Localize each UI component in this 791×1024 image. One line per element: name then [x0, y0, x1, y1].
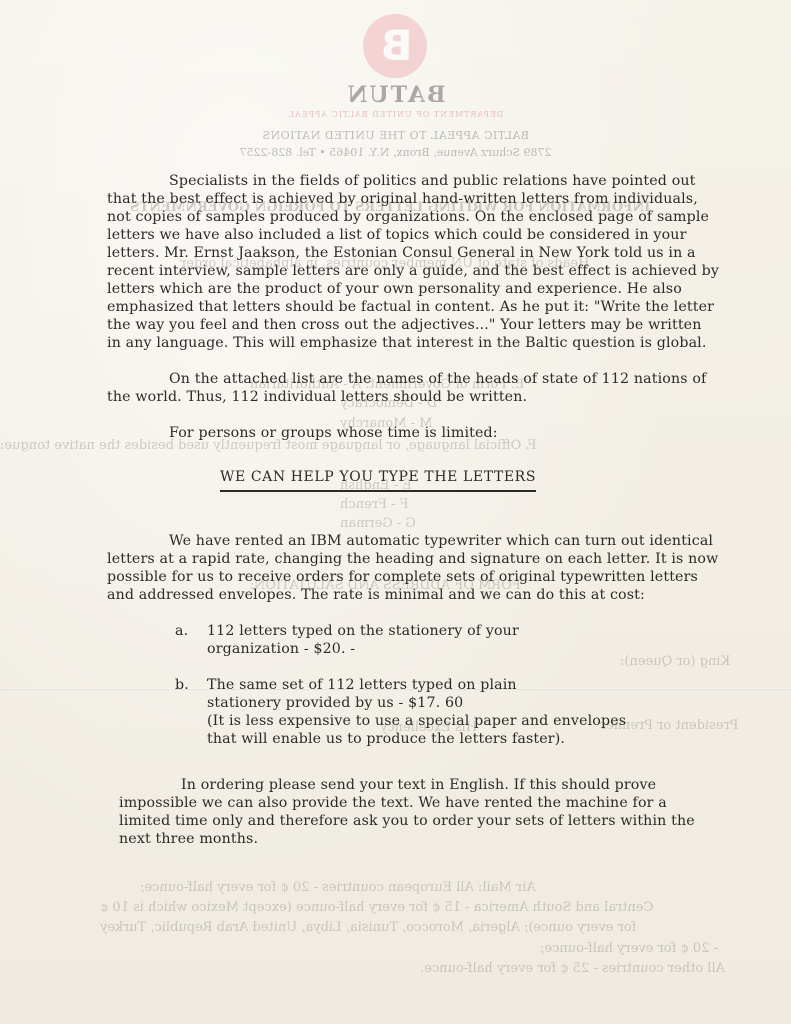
- option-line: that will enable us to produce the lette…: [207, 730, 719, 748]
- option-line: (It is less expensive to use a special p…: [207, 712, 719, 730]
- pricing-option-a: a. 112 letters typed on the stationery o…: [107, 622, 719, 658]
- show-through-all-other: All other countries - 25 ¢ for every hal…: [420, 961, 725, 976]
- show-through-twenty-cents: - 20 ¢ for every half-ounce;: [540, 941, 718, 956]
- show-through-central-america: Central and South America - 15 ¢ for eve…: [100, 900, 653, 915]
- letterhead: B BATUN DEPARTMENT OF UNITED BALTIC APPE…: [0, 14, 791, 159]
- show-through-every-ounce: for every ounce); Algeria, Morocco, Tuni…: [100, 920, 636, 935]
- option-marker: a.: [175, 622, 207, 658]
- section-heading: WE CAN HELP YOU TYPE THE LETTERS: [220, 468, 536, 492]
- letter-body: Specialists in the fields of politics an…: [107, 172, 719, 848]
- batun-logo-icon: B: [364, 14, 428, 78]
- letterhead-address: 2789 Schurz Avenue, Bronx, N.Y. 10465 • …: [0, 146, 791, 159]
- pricing-option-b: b. The same set of 112 letters typed on …: [107, 676, 719, 748]
- paragraph-ibm-typewriter: We have rented an IBM automatic typewrit…: [107, 532, 719, 604]
- letterhead-brand: BATUN: [0, 82, 791, 108]
- option-line: The same set of 112 letters typed on pla…: [207, 676, 719, 694]
- show-through-air-mail: Air Mail: All European countries - 20 ¢ …: [140, 880, 536, 895]
- letterhead-department: DEPARTMENT OF UNITED BALTIC APPEAL: [0, 110, 791, 119]
- option-text: 112 letters typed on the stationery of y…: [207, 622, 719, 658]
- logo-letter: B: [378, 24, 416, 68]
- pricing-options: a. 112 letters typed on the stationery o…: [107, 622, 719, 748]
- option-line: 112 letters typed on the stationery of y…: [207, 622, 719, 640]
- letterhead-organization: BALTIC APPEAL TO THE UNITED NATIONS: [0, 129, 791, 142]
- option-text: The same set of 112 letters typed on pla…: [207, 676, 719, 748]
- paragraph-ordering: In ordering please send your text in Eng…: [119, 776, 719, 848]
- paragraph-limited-time: For persons or groups whose time is limi…: [107, 424, 719, 442]
- paragraph-attached-list: On the attached list are the names of th…: [107, 370, 719, 406]
- paragraph-intro: Specialists in the fields of politics an…: [107, 172, 719, 352]
- option-marker: b.: [175, 676, 207, 748]
- option-line: organization - $20. -: [207, 640, 719, 658]
- option-line: stationery provided by us - $17. 60: [207, 694, 719, 712]
- section-heading-wrap: WE CAN HELP YOU TYPE THE LETTERS: [107, 468, 719, 492]
